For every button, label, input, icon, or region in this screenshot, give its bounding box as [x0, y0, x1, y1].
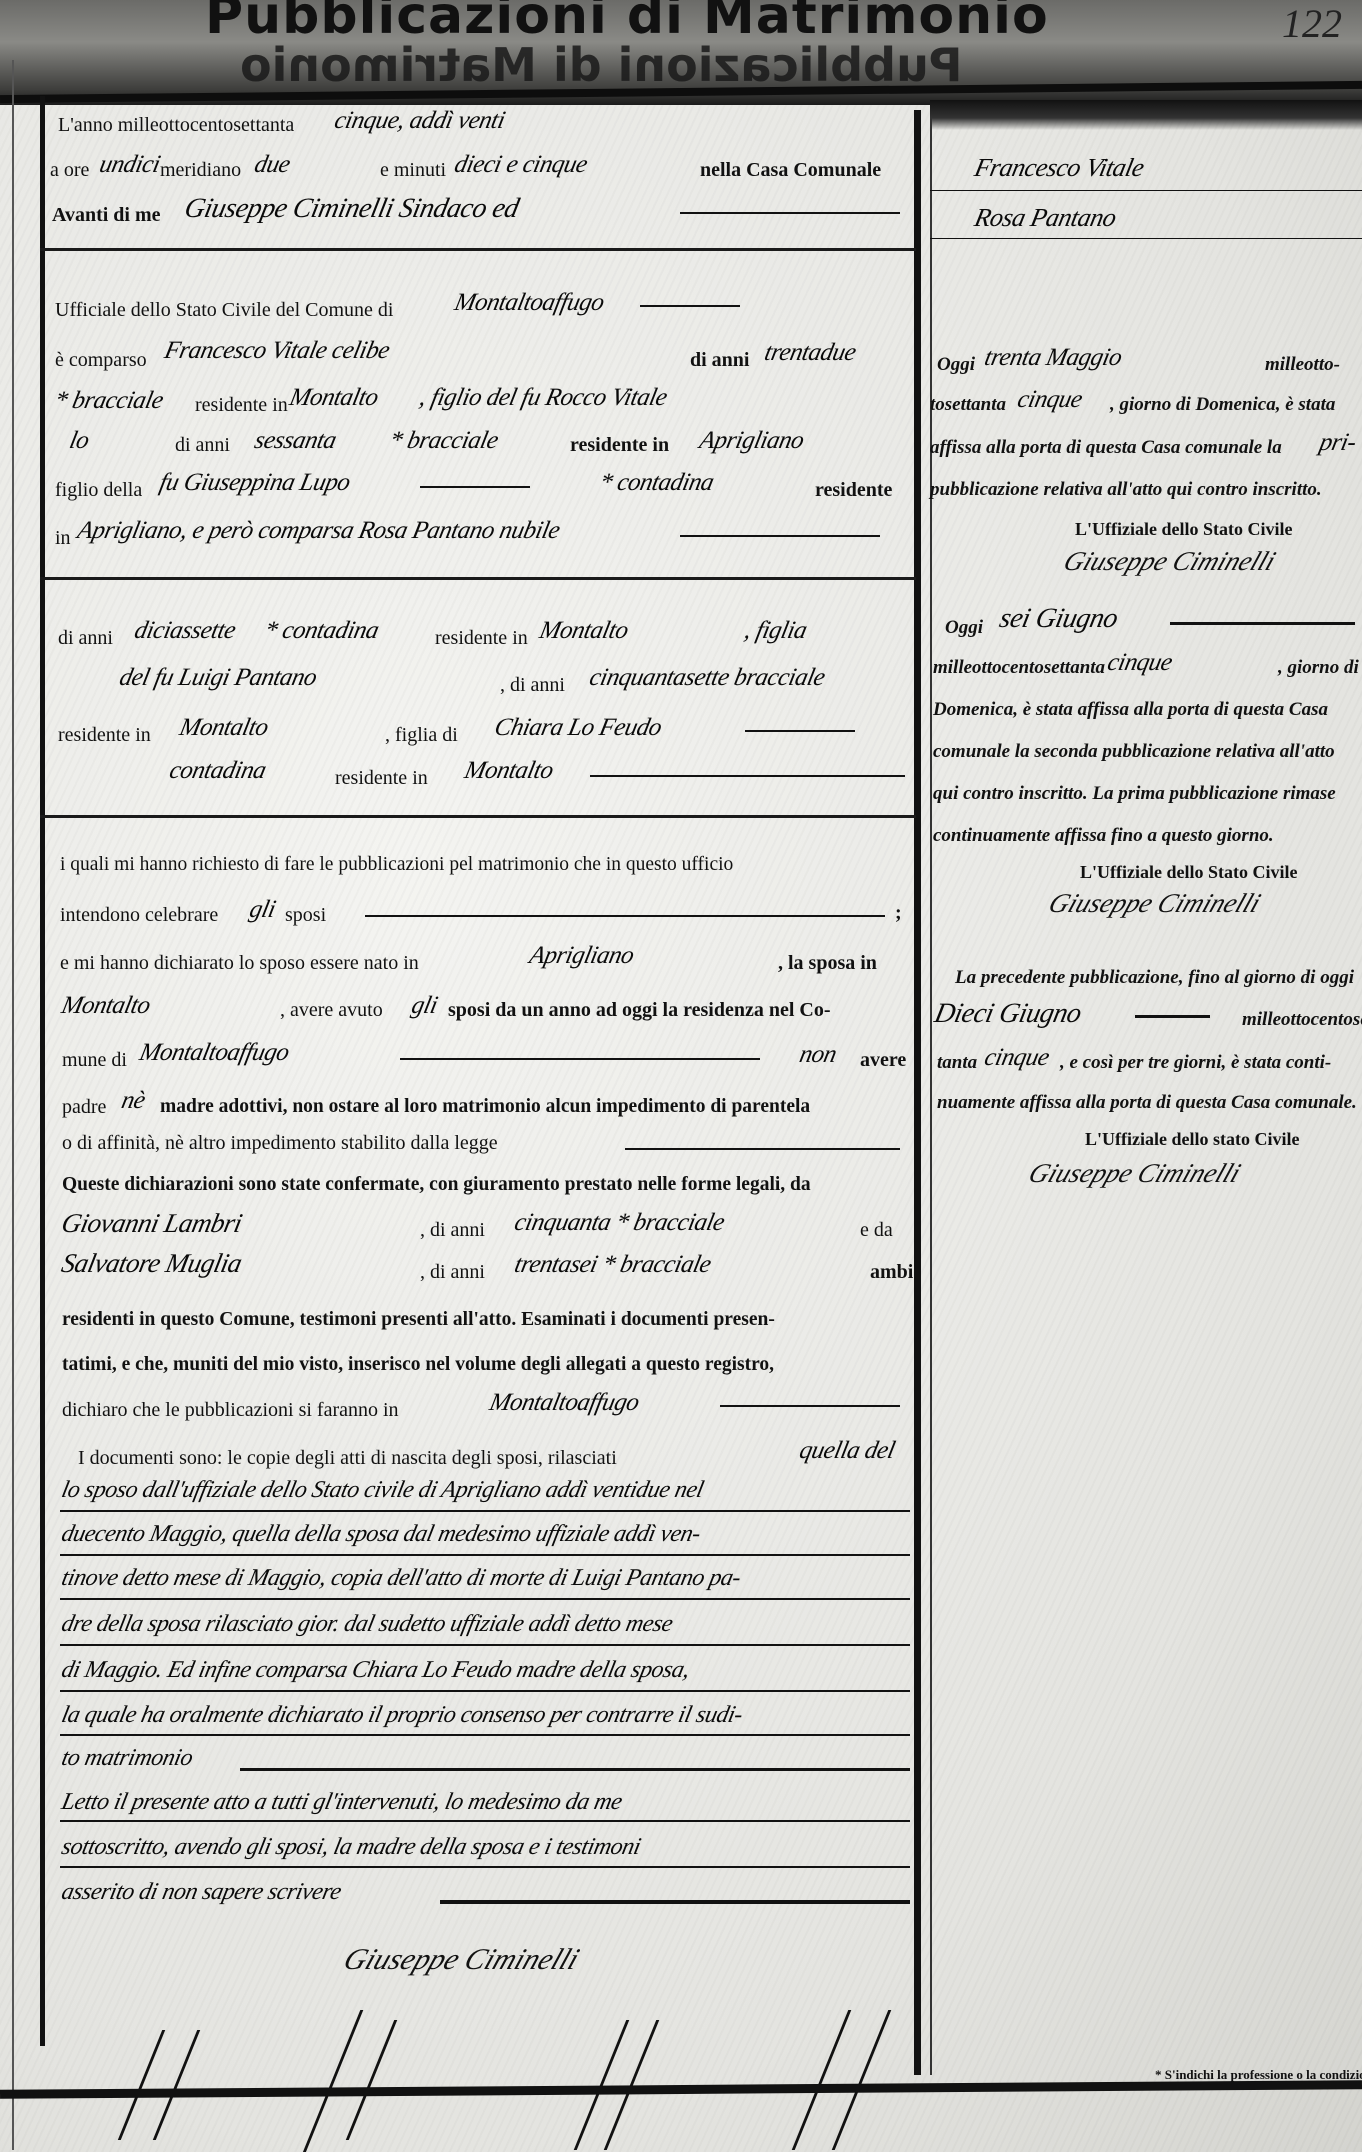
decl-print-4a: , avere avuto	[280, 1000, 383, 1020]
groom-hand-3a: * bracciale	[52, 388, 165, 413]
ruled-line	[60, 1598, 910, 1600]
decl-print-7: o di affinità, nè altro impedimento stab…	[62, 1133, 498, 1153]
groom-print-5b: residente	[815, 480, 892, 500]
fill-line	[365, 915, 885, 917]
decl-print-10b: ambi	[870, 1262, 913, 1282]
ruled-line	[60, 1690, 910, 1692]
groom-hand-2a: Francesco Vitale celibe	[162, 338, 391, 363]
intro-print-1: L'anno milleottocentosettanta	[58, 115, 294, 135]
intro-hand-3: Giuseppe Ciminelli Sindaco ed	[182, 195, 521, 223]
ruled-line	[60, 1510, 910, 1512]
intro-print-2c: e minuti	[380, 160, 446, 180]
bride-print-4a: residente in	[335, 768, 428, 788]
pub1-signature: Giuseppe Ciminelli	[1060, 548, 1279, 575]
ruled-line	[60, 1866, 910, 1868]
decl-print-2a: intendono celebrare	[60, 905, 218, 925]
decl-print-1: i quali mi hanno richiesto di fare le pu…	[60, 855, 733, 875]
right-column-shadow	[930, 100, 1362, 130]
groom-hand-4b: sessanta	[252, 428, 338, 453]
decl-hand-4b: gli	[409, 993, 439, 1018]
pub2-hand-2a: cinque	[1105, 650, 1174, 675]
footnote: * S'indichi la professione o la condizio…	[1155, 2068, 1362, 2081]
bride-print-1c: , figlia	[742, 618, 809, 643]
doc-line: lo sposo dall'uffiziale dello Stato civi…	[59, 1478, 705, 1502]
bride-hand-4b: Montalto	[462, 758, 555, 783]
margin-bride-name: Rosa Pantano	[972, 205, 1118, 231]
pub1-print-3a: affissa alla porta di questa Casa comuna…	[930, 438, 1282, 457]
bride-hand-2a: del fu Luigi Pantano	[117, 665, 319, 690]
pub3-print-4: nuamente affissa alla porta di questa Ca…	[937, 1093, 1357, 1112]
section-rule	[40, 815, 916, 818]
pub3-hand-2a: Dieci Giugno	[932, 1000, 1084, 1028]
bride-hand-3b: Chiara Lo Feudo	[492, 715, 663, 740]
doc-line: Letto il presente atto a tutti gl'interv…	[59, 1790, 624, 1814]
fill-line	[680, 212, 900, 214]
decl-print-6a: padre	[62, 1097, 106, 1117]
register-page: Pubblicazioni di Matrimonio Pubblicazion…	[0, 0, 1362, 2152]
decl-hand-13a: Montaltoaffugo	[487, 1390, 641, 1415]
groom-hand-3b: Montalto	[287, 385, 380, 410]
groom-hand-3c: , figlio del fu Rocco Vitale	[417, 385, 669, 410]
witness-mark	[153, 2030, 200, 2140]
fill-line	[680, 535, 880, 537]
decl-semicolon: ;	[895, 903, 902, 923]
fill-line	[420, 486, 530, 488]
doc-line: dre della sposa rilasciato gior. dal sud…	[59, 1612, 674, 1636]
decl-hand-14a: quella del	[797, 1438, 897, 1463]
pub3-officer-label: L'Uffiziale dello stato Civile	[1085, 1130, 1299, 1148]
ruled-line	[60, 1734, 910, 1736]
decl-print-11: residenti in questo Comune, testimoni pr…	[62, 1310, 775, 1330]
fill-line	[745, 730, 855, 732]
groom-print-6a: in	[55, 528, 71, 548]
margin-groom-name: Francesco Vitale	[972, 155, 1146, 181]
doc-line: la quale ha oralmente dichiarato il prop…	[59, 1703, 744, 1727]
decl-hand-3a: Aprigliano	[527, 943, 636, 968]
pub1-hand-3a: pri-	[1317, 430, 1358, 455]
doc-line: tinove detto mese di Maggio, copia dell'…	[59, 1566, 742, 1590]
pub2-hand-1a: sei Giugno	[997, 605, 1120, 633]
decl-hand-6a: nè	[119, 1088, 147, 1113]
bride-hand-2b: cinquantasette bracciale	[587, 665, 827, 690]
groom-print-5a: figlio della	[55, 480, 142, 500]
bride-print-1a: di anni	[58, 628, 113, 648]
ruled-line	[60, 1644, 910, 1646]
ruled-line	[930, 190, 1362, 191]
witness-1-details: cinquanta * bracciale	[512, 1210, 726, 1235]
bride-print-3b: , figlia di	[385, 725, 458, 745]
decl-hand-4a: Montalto	[59, 993, 152, 1018]
pub1-officer-label: L'Uffiziale dello Stato Civile	[1075, 520, 1292, 538]
groom-print-3a: residente in	[195, 395, 288, 415]
ruled-line	[240, 1768, 910, 1771]
bleed-through-title: Pubblicazioni di Matrimonio	[240, 38, 962, 92]
bride-print-3a: residente in	[58, 725, 151, 745]
pub2-officer-label: L'Uffiziale dello Stato Civile	[1080, 863, 1297, 881]
ruled-line	[60, 1554, 910, 1556]
pub2-print-1a: Oggi	[945, 618, 983, 637]
intro-hand-2a: undici	[97, 152, 162, 177]
section-rule	[40, 248, 916, 251]
groom-hand-4c: * bracciale	[387, 428, 500, 453]
bride-hand-3a: Montalto	[177, 715, 270, 740]
officer-signature: Giuseppe Ciminelli	[340, 1945, 583, 1975]
intro-print-2d: nella Casa Comunale	[700, 160, 881, 180]
pub3-hand-3a: cinque	[982, 1045, 1051, 1070]
decl-print-5b: avere	[860, 1050, 906, 1070]
intro-print-2b: meridiano	[160, 160, 241, 180]
decl-print-9b: e da	[860, 1220, 893, 1240]
groom-hand-4d: Aprigliano	[697, 428, 806, 453]
page-number-mark: 122	[1282, 0, 1342, 47]
groom-print-1: Ufficiale dello Stato Civile del Comune …	[55, 300, 393, 320]
doc-line: duecento Maggio, quella della sposa dal …	[59, 1522, 702, 1546]
pub1-hand-1a: trenta Maggio	[982, 345, 1124, 370]
pub1-print-1b: milleotto-	[1265, 355, 1340, 374]
margin-line	[12, 60, 14, 2150]
witness-2-details: trentasei * bracciale	[512, 1252, 713, 1277]
bride-hand-4a: contadina	[167, 758, 268, 783]
doc-line: sottoscritto, avendo gli sposi, la madre…	[59, 1835, 642, 1859]
decl-print-3a: e mi hanno dichiarato lo sposo essere na…	[60, 953, 419, 973]
fill-line	[400, 1058, 760, 1060]
decl-print-10a: , di anni	[420, 1262, 485, 1282]
groom-hand-2b: trentadue	[762, 340, 858, 365]
pub3-print-3b: , e così per tre giorni, è stata conti-	[1060, 1053, 1331, 1072]
bride-hand-1a: diciassette	[132, 618, 237, 643]
decl-print-13a: dichiaro che le pubblicazioni si faranno…	[62, 1400, 399, 1420]
decl-print-6b: madre adottivi, non ostare al loro matri…	[160, 1097, 810, 1117]
fill-line	[640, 305, 740, 307]
groom-hand-5a: fu Giuseppina Lupo	[157, 470, 352, 495]
groom-print-2b: di anni	[690, 350, 749, 370]
pub2-print-2b: , giorno di	[1278, 658, 1359, 677]
pub2-print-4: comunale la seconda pubblicazione relati…	[933, 742, 1335, 761]
ruled-line	[60, 1820, 910, 1822]
bottom-rule	[0, 2080, 1362, 2099]
bride-print-2a: , di anni	[500, 675, 565, 695]
groom-hand-5b: * contadina	[597, 470, 716, 495]
groom-hand-6a: Aprigliano, e però comparsa Rosa Pantano…	[75, 518, 562, 543]
pub1-print-1a: Oggi	[937, 355, 975, 374]
decl-print-5a: mune di	[62, 1050, 127, 1070]
decl-print-14a: I documenti sono: le copie degli atti di…	[78, 1448, 617, 1468]
pub1-print-2b: , giorno di Domenica, è stata	[1110, 395, 1335, 414]
doc-line: to matrimonio	[59, 1746, 194, 1770]
bride-hand-1c: Montalto	[537, 618, 630, 643]
intro-print-3: Avanti di me	[52, 205, 161, 225]
pub1-print-4: pubblicazione relativa all'atto qui cont…	[930, 480, 1322, 499]
doc-line: di Maggio. Ed infine comparsa Chiara Lo …	[59, 1658, 691, 1682]
decl-print-12: tatimi, e che, muniti del mio visto, ins…	[62, 1355, 774, 1375]
decl-print-9a: , di anni	[420, 1220, 485, 1240]
section-rule	[40, 577, 916, 580]
pub3-signature: Giuseppe Ciminelli	[1025, 1160, 1244, 1187]
pub3-print-3a: tanta	[937, 1053, 977, 1072]
pub1-print-2a: tosettanta	[930, 395, 1006, 414]
pub2-print-3: Domenica, è stata affissa alla porta di …	[933, 700, 1328, 719]
pub2-signature: Giuseppe Ciminelli	[1045, 890, 1264, 917]
column-divider	[914, 110, 921, 2075]
pub2-print-5: qui contro inscritto. La prima pubblicaz…	[933, 784, 1336, 803]
bride-print-1b: residente in	[435, 628, 528, 648]
intro-hand-1: cinque, addì venti	[332, 108, 507, 133]
page-title: Pubblicazioni di Matrimonio	[205, 0, 1049, 46]
decl-print-8: Queste dichiarazioni sono state conferma…	[62, 1175, 811, 1195]
decl-hand-5b: non	[797, 1042, 838, 1067]
ruled-line	[440, 1900, 910, 1904]
intro-print-2a: a ore	[50, 160, 89, 180]
doc-line: asserito di non sapere scrivere	[59, 1880, 343, 1904]
fill-line	[1135, 1015, 1210, 1018]
pub2-print-6: continuamente affissa fino a questo gior…	[933, 826, 1274, 845]
ruled-line	[930, 238, 1362, 239]
decl-hand-5a: Montaltoaffugo	[137, 1040, 291, 1065]
intro-hand-2b: due	[252, 152, 292, 177]
fill-line	[720, 1405, 900, 1407]
fill-line	[1170, 622, 1355, 625]
fill-line	[590, 775, 905, 777]
pub2-print-2a: milleottocentosettanta	[933, 658, 1105, 677]
bride-hand-1b: * contadina	[262, 618, 381, 643]
decl-print-3b: , la sposa in	[778, 953, 877, 973]
decl-hand-2a: gli	[247, 897, 277, 922]
witness-1-name: Giovanni Lambri	[59, 1210, 244, 1237]
fill-line	[625, 1148, 900, 1150]
decl-print-4b: sposi da un anno ad oggi la residenza ne…	[448, 1000, 831, 1020]
groom-hand-1: Montaltoaffugo	[452, 290, 606, 315]
intro-hand-2c: dieci e cinque	[452, 152, 589, 177]
groom-print-4a: di anni	[175, 435, 230, 455]
witness-2-name: Salvatore Muglia	[59, 1250, 244, 1277]
groom-print-4b: residente in	[570, 435, 669, 455]
pub3-print-2a: milleottocentoset-	[1242, 1010, 1362, 1029]
pub3-print-1: La precedente pubblicazione, fino al gio…	[955, 968, 1354, 987]
pub1-hand-2a: cinque	[1015, 387, 1084, 412]
groom-print-2a: è comparso	[55, 350, 147, 370]
decl-print-2b: sposi	[285, 905, 326, 925]
